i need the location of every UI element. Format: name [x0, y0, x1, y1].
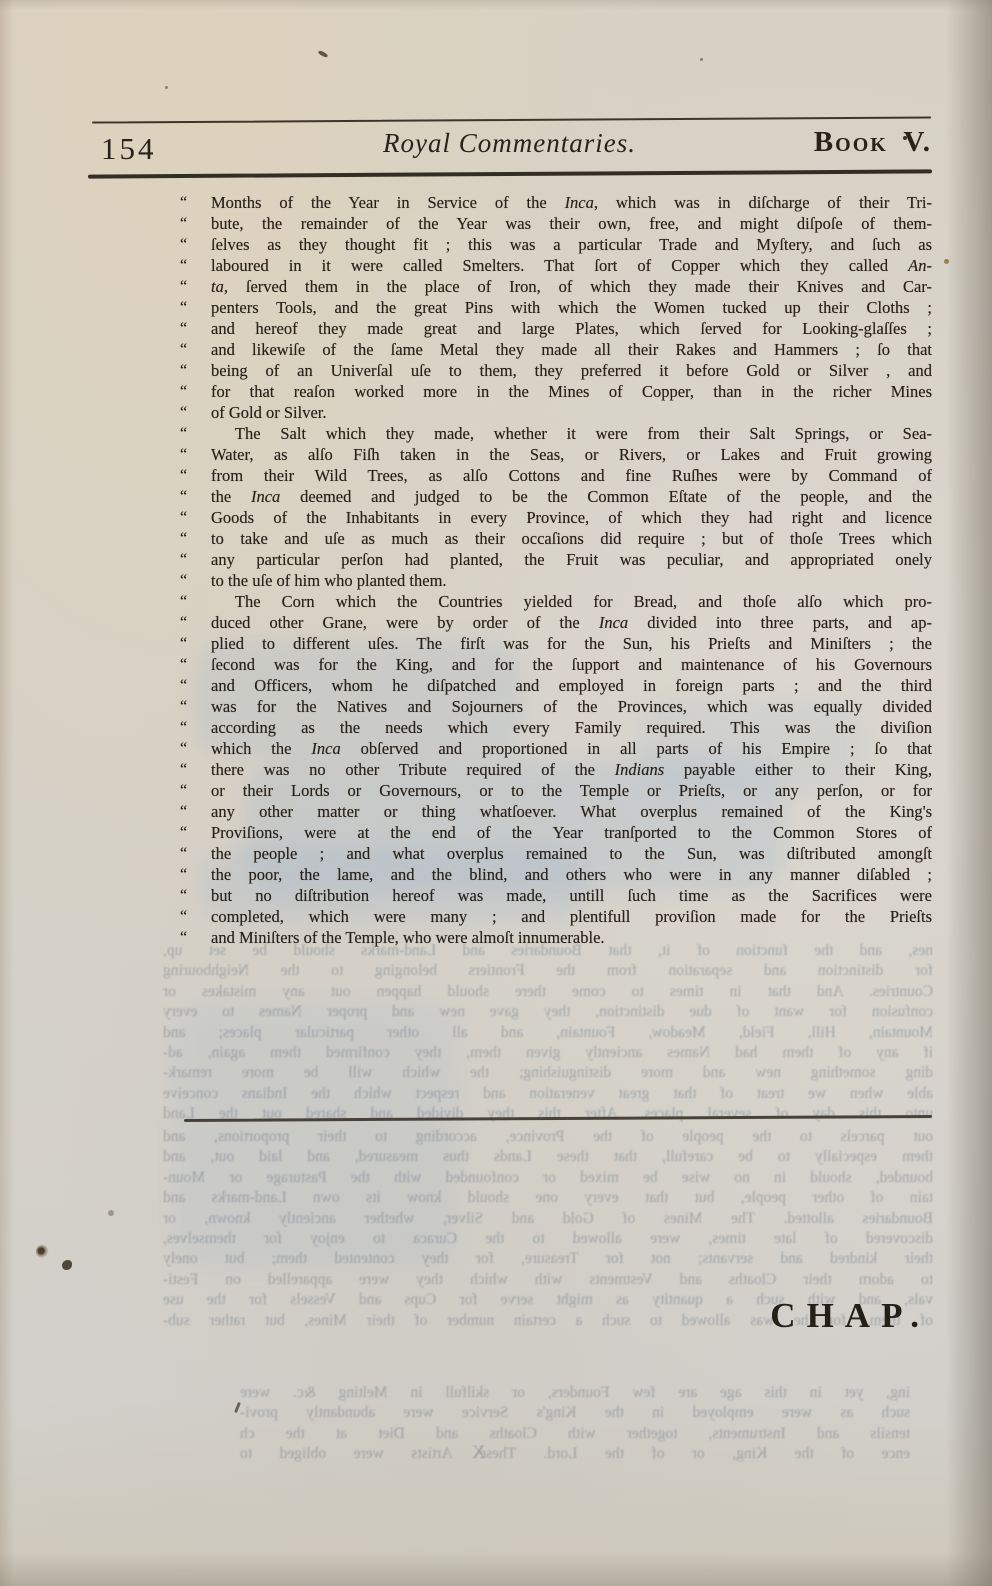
show-through-text-upper: nes, and the function of it, that Bounda…: [163, 941, 933, 1125]
paper-speck: [700, 58, 703, 61]
quote-mark: “: [172, 528, 211, 549]
show-through-line: confusion for want of due distinction, t…: [163, 1002, 933, 1022]
text-line: “and Officers, whom he diſpatched and em…: [172, 675, 932, 696]
show-through-line: discovered of late times, were allowed t…: [163, 1229, 933, 1249]
foxing-spot: [944, 259, 949, 264]
text-line-content: and likewiſe of the ſame Metal they made…: [211, 339, 932, 360]
quote-mark: “: [172, 633, 211, 654]
ink-blot: [62, 1260, 72, 1270]
quote-mark: “: [172, 612, 211, 633]
text-line: “Months of the Year in Service of the In…: [172, 192, 932, 213]
text-line: “was for the Natives and Sojourners of t…: [172, 696, 932, 717]
text-line: “bute, the remainder of the Year was the…: [172, 213, 932, 234]
scan-shadow-left: [0, 0, 14, 1586]
header-bottom-rule: [88, 169, 932, 178]
show-through-signature-mark: X: [472, 1442, 486, 1464]
text-line-content: ſelves as they thought fit ; this was a …: [211, 234, 932, 255]
text-line: “ta, ſerved them in the place of Iron, o…: [172, 276, 932, 297]
quote-mark: “: [172, 885, 211, 906]
paper-speck: [420, 246, 422, 248]
quote-mark: “: [172, 423, 211, 444]
body-text-block: “Months of the Year in Service of the In…: [172, 192, 932, 948]
text-line: “to take and uſe as much as their occaſi…: [172, 528, 932, 549]
show-through-line: out parcels to the people of the Provinc…: [163, 1127, 933, 1147]
text-line: “Goods of the Inhabitants in every Provi…: [172, 507, 932, 528]
chapter-catchword: CHAP.: [770, 1296, 930, 1336]
scan-shadow-right: [946, 0, 992, 1586]
text-line-content: according as the needs which every Famil…: [211, 717, 932, 738]
text-line: “Proviſions, were at the end of the Year…: [172, 822, 932, 843]
quote-mark: “: [172, 759, 211, 780]
show-through-line: tensils and Instruments, together with C…: [240, 1424, 910, 1444]
text-line: “the poor, the lame, and the blind, and …: [172, 864, 932, 885]
text-line-content: and Officers, whom he diſpatched and emp…: [211, 675, 932, 696]
text-line: “and Miniſters of the Temple, who were a…: [172, 927, 932, 948]
show-through-line: Mountain, Hill, Field, Meadow, Fountain,…: [163, 1023, 933, 1043]
text-line: “penters Tools, and the great Pins with …: [172, 297, 932, 318]
show-through-line: tain of other people, but that every one…: [163, 1188, 933, 1208]
page-number: 154: [101, 131, 157, 167]
scan-shadow-top: [0, 0, 992, 10]
text-line-content: was for the Natives and Sojourners of th…: [211, 696, 932, 717]
text-line-content: plied to different uſes. The firſt was f…: [211, 633, 932, 654]
text-line-content: there was no other Tribute required of t…: [211, 759, 932, 780]
text-line-content: completed, which were many ; and plentif…: [211, 906, 932, 927]
text-line: “which the Inca obſerved and proportione…: [172, 738, 932, 759]
quote-mark: “: [172, 486, 211, 507]
quote-mark: “: [172, 381, 211, 402]
quote-mark: “: [172, 402, 211, 423]
paper-speck: [165, 86, 168, 89]
text-line-content: penters Tools, and the great Pins with w…: [211, 297, 932, 318]
text-line-content: of Gold or Silver.: [211, 402, 932, 423]
text-line-content: but no diſtribution hereof was made, unt…: [211, 885, 932, 906]
text-line-content: the people ; and what overplus remained …: [211, 843, 932, 864]
show-through-line: their kindred and servants; not for Trea…: [163, 1249, 933, 1269]
quote-mark: “: [172, 738, 211, 759]
paper-speck: [108, 1210, 114, 1216]
quote-mark: “: [172, 864, 211, 885]
quote-mark: “: [172, 192, 211, 213]
quote-mark: “: [172, 906, 211, 927]
quote-mark: “: [172, 276, 211, 297]
text-line: “from their Wild Trees, as alſo Cottons …: [172, 465, 932, 486]
quote-mark: “: [172, 654, 211, 675]
text-line-content: Water, as alſo Fiſh taken in the Seas, o…: [211, 444, 932, 465]
text-line-content: which the Inca obſerved and proportioned…: [211, 738, 932, 759]
show-through-line: Countries. And that in times to come the…: [163, 982, 933, 1002]
text-line: “to the uſe of him who planted them.: [172, 570, 932, 591]
text-line-content: duced other Grane, were by order of the …: [211, 612, 932, 633]
text-line-content: and Miniſters of the Temple, who were al…: [211, 927, 932, 948]
text-line-content: for that reaſon worked more in the Mines…: [211, 381, 932, 402]
quote-mark: “: [172, 255, 211, 276]
book-label: Book V.: [814, 126, 932, 159]
text-line-content: the poor, the lame, and the blind, and o…: [211, 864, 932, 885]
show-through-line: ing, yet in this age are few Founders, o…: [240, 1383, 910, 1403]
text-line-content: laboured in it were called Smelters. Tha…: [211, 255, 932, 276]
text-line: “any other matter or thing whatſoever. W…: [172, 801, 932, 822]
text-line: “The Corn which the Countries yielded fo…: [172, 591, 932, 612]
quote-mark: “: [172, 507, 211, 528]
header-top-rule: [92, 116, 931, 123]
quote-mark: “: [172, 339, 211, 360]
book-page-scan: nes, and the function of it, that Bounda…: [0, 0, 992, 1586]
text-line-content: The Corn which the Countries yielded for…: [211, 591, 932, 612]
quote-mark: “: [172, 213, 211, 234]
text-line: “for that reaſon worked more in the Mine…: [172, 381, 932, 402]
show-through-line: such as were employed in the King's Serv…: [240, 1403, 910, 1423]
text-line: “there was no other Tribute required of …: [172, 759, 932, 780]
quote-mark: “: [172, 927, 211, 948]
show-through-line: for distinction and separation from the …: [163, 961, 933, 981]
ink-fleck: [318, 50, 329, 58]
show-through-line: if any of them had Names anciently given…: [163, 1043, 933, 1063]
show-through-line: ence of the King, or of the Lord. These …: [240, 1444, 910, 1464]
quote-mark: “: [172, 297, 211, 318]
text-line: “the people ; and what overplus remained…: [172, 843, 932, 864]
show-through-line: able when we treat of that great venerat…: [163, 1084, 933, 1104]
show-through-line: Boundaries allotted. The Mines of Gold a…: [163, 1209, 933, 1229]
scan-shadow-bottom: [0, 1552, 992, 1586]
text-line: “laboured in it were called Smelters. Th…: [172, 255, 932, 276]
text-line-content: and hereof they made great and large Pla…: [211, 318, 932, 339]
text-line-content: Goods of the Inhabitants in every Provin…: [211, 507, 932, 528]
text-line-content: or their Lords or Governours, or to the …: [211, 780, 932, 801]
text-line-content: The Salt which they made, whether it wer…: [211, 423, 932, 444]
show-through-line: bounded, should in no wise be mixed or c…: [163, 1168, 933, 1188]
text-line: “ſecond was for the King, and for the ſu…: [172, 654, 932, 675]
quote-mark: “: [172, 717, 211, 738]
text-line-content: ſecond was for the King, and for the ſup…: [211, 654, 932, 675]
text-line: “Water, as alſo Fiſh taken in the Seas, …: [172, 444, 932, 465]
quote-mark: “: [172, 801, 211, 822]
text-line: “plied to different uſes. The firſt was …: [172, 633, 932, 654]
text-line-content: any other matter or thing whatſoever. Wh…: [211, 801, 932, 822]
text-line: “the Inca deemed and judged to be the Co…: [172, 486, 932, 507]
text-line-content: to the uſe of him who planted them.: [211, 570, 932, 591]
show-through-text-lower: ing, yet in this age are few Founders, o…: [240, 1383, 910, 1465]
text-line: “and hereof they made great and large Pl…: [172, 318, 932, 339]
text-line: “and likewiſe of the ſame Metal they mad…: [172, 339, 932, 360]
show-through-line: them especially to be carefull, that the…: [163, 1147, 933, 1167]
quote-mark: “: [172, 549, 211, 570]
show-through-line: ding something new and more distinguishi…: [163, 1063, 933, 1083]
text-line: “but no diſtribution hereof was made, un…: [172, 885, 932, 906]
text-line: “or their Lords or Governours, or to the…: [172, 780, 932, 801]
wormhole-spot: [36, 1245, 49, 1258]
quote-mark: “: [172, 675, 211, 696]
text-line: “duced other Grane, were by order of the…: [172, 612, 932, 633]
running-title: Royal Commentaries.: [383, 128, 636, 159]
quote-mark: “: [172, 318, 211, 339]
quote-mark: “: [172, 465, 211, 486]
text-line-content: any particular perſon had planted, the F…: [211, 549, 932, 570]
text-line-content: Months of the Year in Service of the Inc…: [211, 192, 932, 213]
text-line-content: ta, ſerved them in the place of Iron, of…: [211, 276, 932, 297]
quote-mark: “: [172, 822, 211, 843]
quote-mark: “: [172, 234, 211, 255]
quote-mark: “: [172, 444, 211, 465]
text-line-content: Proviſions, were at the end of the Year …: [211, 822, 932, 843]
text-line: “of Gold or Silver.: [172, 402, 932, 423]
quote-mark: “: [172, 843, 211, 864]
text-line-content: the Inca deemed and judged to be the Com…: [211, 486, 932, 507]
text-line-content: bute, the remainder of the Year was thei…: [211, 213, 932, 234]
quote-mark: “: [172, 591, 211, 612]
quote-mark: “: [172, 696, 211, 717]
quote-mark: “: [172, 360, 211, 381]
ink-dot: [903, 136, 907, 140]
show-through-line: to adorn their Cloaths and Vestments wit…: [163, 1270, 933, 1290]
text-line: “ſelves as they thought fit ; this was a…: [172, 234, 932, 255]
text-line-content: being of an Univerſal uſe to them, they …: [211, 360, 932, 381]
text-line: “being of an Univerſal uſe to them, they…: [172, 360, 932, 381]
text-line-content: from their Wild Trees, as alſo Cottons a…: [211, 465, 932, 486]
text-line: “completed, which were many ; and plenti…: [172, 906, 932, 927]
text-line-content: to take and uſe as much as their occaſio…: [211, 528, 932, 549]
text-line: “according as the needs which every Fami…: [172, 717, 932, 738]
text-line: “The Salt which they made, whether it we…: [172, 423, 932, 444]
text-line: “any particular perſon had planted, the …: [172, 549, 932, 570]
quote-mark: “: [172, 780, 211, 801]
quote-mark: “: [172, 570, 211, 591]
